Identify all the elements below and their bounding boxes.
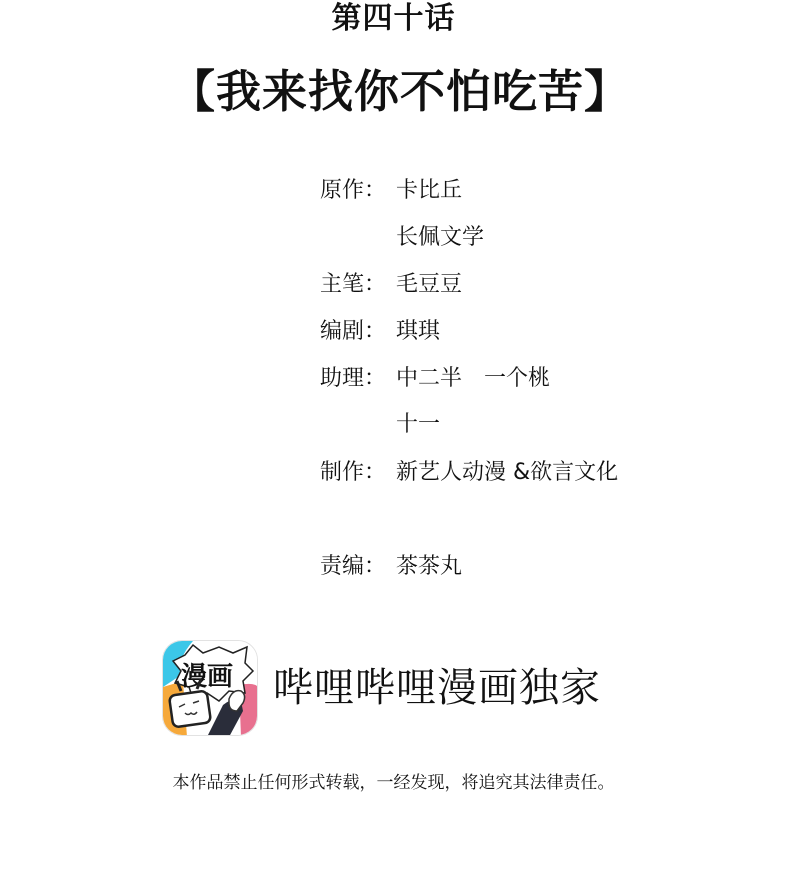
- brand-exclusive-text: 哔哩哔哩漫画独家: [273, 662, 601, 714]
- brand-banner: 漫画 哔哩哔哩漫画独家: [162, 640, 642, 740]
- credit-label: 原作：: [320, 176, 386, 206]
- credit-value: 卡比丘: [396, 176, 462, 206]
- chapter-title: 【我来找你不怕吃苦】: [150, 62, 650, 122]
- credit-value: 中二半 一个桃: [396, 364, 550, 394]
- credit-value: 琪琪: [396, 317, 440, 347]
- credit-value: 十一: [396, 410, 440, 440]
- icon-manga-text: 漫画: [181, 662, 233, 692]
- chapter-number: 第四十话: [0, 0, 787, 38]
- credit-value: 长佩文学: [396, 223, 484, 253]
- credit-label: 主笔：: [320, 270, 386, 300]
- credit-label: 编剧：: [320, 317, 386, 347]
- app-icon-art: 漫画: [163, 641, 258, 736]
- credit-value: 新艺人动漫 &欲言文化: [396, 458, 618, 488]
- copyright-notice: 本作品禁止任何形式转载，一经发现，将追究其法律责任。: [0, 770, 787, 796]
- credit-value: 毛豆豆: [396, 270, 462, 300]
- credit-label: 责编：: [320, 552, 386, 582]
- credit-value: 茶茶丸: [396, 552, 462, 582]
- bilibili-manga-app-icon: 漫画: [162, 640, 258, 736]
- credit-label: 助理：: [320, 364, 386, 394]
- credit-label: 制作：: [320, 458, 386, 488]
